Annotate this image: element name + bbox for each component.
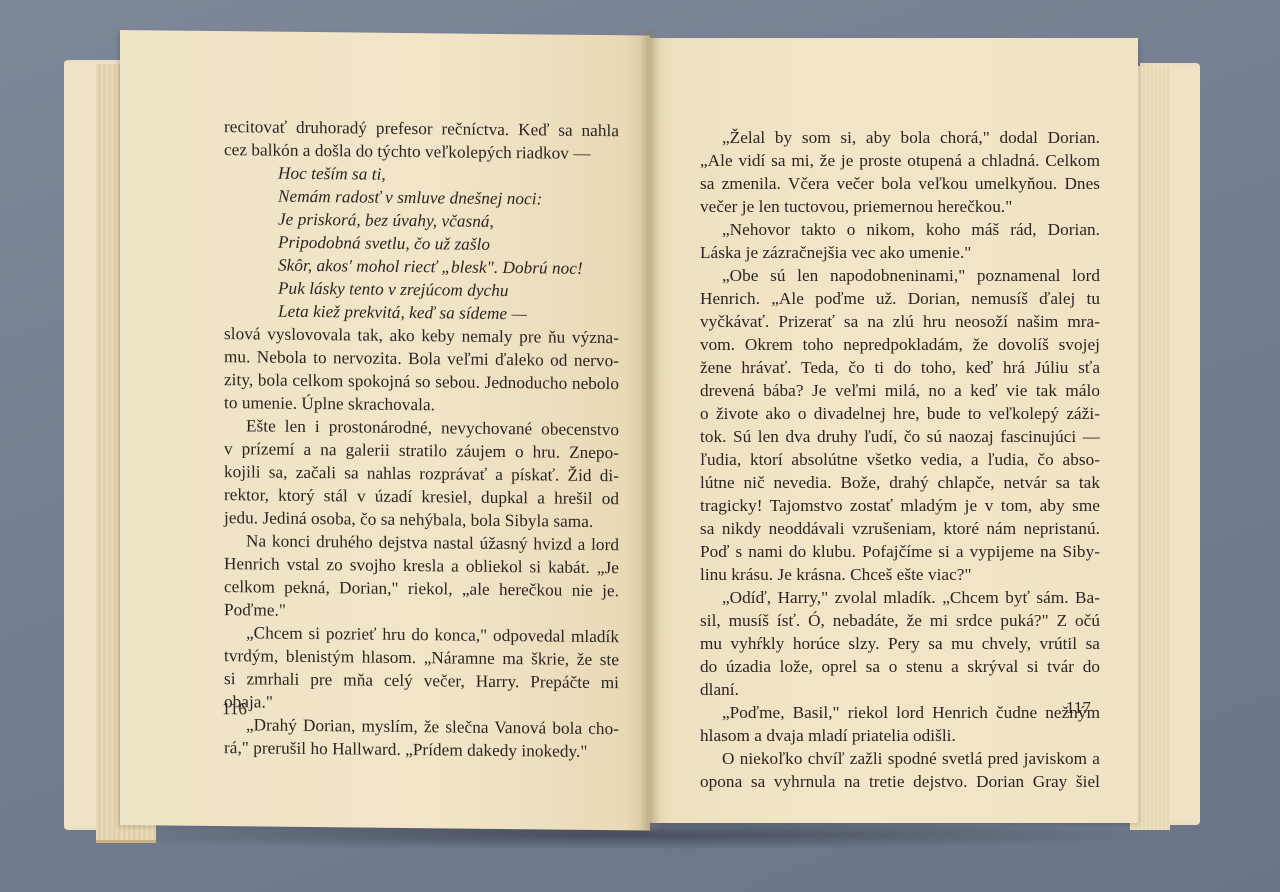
text-line: do úzadia lože, oprel sa o stenu a skrýv… xyxy=(700,655,1100,678)
text-line: sa nikdy neoddávali vzrušeniam, ktoré ná… xyxy=(700,517,1100,540)
text-line: večer je len tuctovou, priemernou herečk… xyxy=(700,195,1100,218)
text-line: lútne nič nevedia. Bože, drahý chlapče, … xyxy=(700,471,1100,494)
text-line: tok. Sú len dva druhy ľudí, čo sú naozaj… xyxy=(700,425,1100,448)
text-line: ľudia, ktorí absolútne všetko vedia, a ľ… xyxy=(700,448,1100,471)
right-page-text: „Želal by som si, aby bola chorá," dodal… xyxy=(700,126,1100,793)
text-line: linu krásu. Je krásna. Chceš ešte viac?" xyxy=(700,563,1100,586)
text-line: mu vyhŕkly horúce slzy. Pery sa mu chvel… xyxy=(700,632,1100,655)
text-line: hlasom a dvaja mladí priatelia odišli. xyxy=(700,724,1100,747)
text-line: „Želal by som si, aby bola chorá," dodal… xyxy=(700,126,1100,149)
text-line: dlaní. xyxy=(700,678,1100,701)
page-number-right: 117 xyxy=(1066,698,1091,718)
text-line: „Ale vidí sa mi, že je proste otupená a … xyxy=(700,149,1100,172)
text-line: tragicky! Tajomstvo zostať mladým je v t… xyxy=(700,494,1100,517)
text-line: drevená bába? Je veľmi milá, no a keď vi… xyxy=(700,379,1100,402)
text-line: o živote ako o divadelnej hre, bude to v… xyxy=(700,402,1100,425)
right-page: „Želal by som si, aby bola chorá," dodal… xyxy=(648,38,1138,823)
text-line: Láska je zázračnejšia vec ako umenie." xyxy=(700,241,1100,264)
left-page: recitovať druhoradý prefesor rečníctva. … xyxy=(120,30,650,831)
open-book: recitovať druhoradý prefesor rečníctva. … xyxy=(0,0,1280,892)
text-line: „Odíď, Harry," zvolal mladík. „Chcem byť… xyxy=(700,586,1100,609)
text-line: Henrich. „Ale poďme už. Dorian, nemusíš … xyxy=(700,287,1100,310)
text-line: vom. Okrem toho nepredpokladám, že dovol… xyxy=(700,333,1100,356)
text-line: vyčkávať. Prizerať sa na zlú hru neosoží… xyxy=(700,310,1100,333)
left-page-text: recitovať druhoradý prefesor rečníctva. … xyxy=(224,115,619,763)
text-line: „Nehovor takto o nikom, koho máš rád, Do… xyxy=(700,218,1100,241)
book-gutter xyxy=(640,30,660,830)
text-line: žene hrávať. Teda, čo ti do toho, keď hr… xyxy=(700,356,1100,379)
text-line: „Poďme, Basil," riekol lord Henrich čudn… xyxy=(700,701,1100,724)
text-line: sa zmenila. Včera večer bola veľkou umel… xyxy=(700,172,1100,195)
text-line: sil, musíš ísť. Ó, nebadáte, že mi srdce… xyxy=(700,609,1100,632)
text-line: si zmrhali pre mňa celý večer, Harry. Pr… xyxy=(224,667,619,694)
text-line: „Obe sú len napodobneninami," poznamenal… xyxy=(700,264,1100,287)
text-line: rá," prerušil ho Hallward. „Prídem daked… xyxy=(224,736,619,763)
text-line: O niekoľko chvíľ zažli spodné svetlá pre… xyxy=(700,747,1100,770)
text-line: Poď s nami do klubu. Pofajčíme si a vypi… xyxy=(700,540,1100,563)
page-number-left: 116 xyxy=(222,699,247,719)
text-line: opona sa vyhrnula na tretie dejstvo. Dor… xyxy=(700,770,1100,793)
